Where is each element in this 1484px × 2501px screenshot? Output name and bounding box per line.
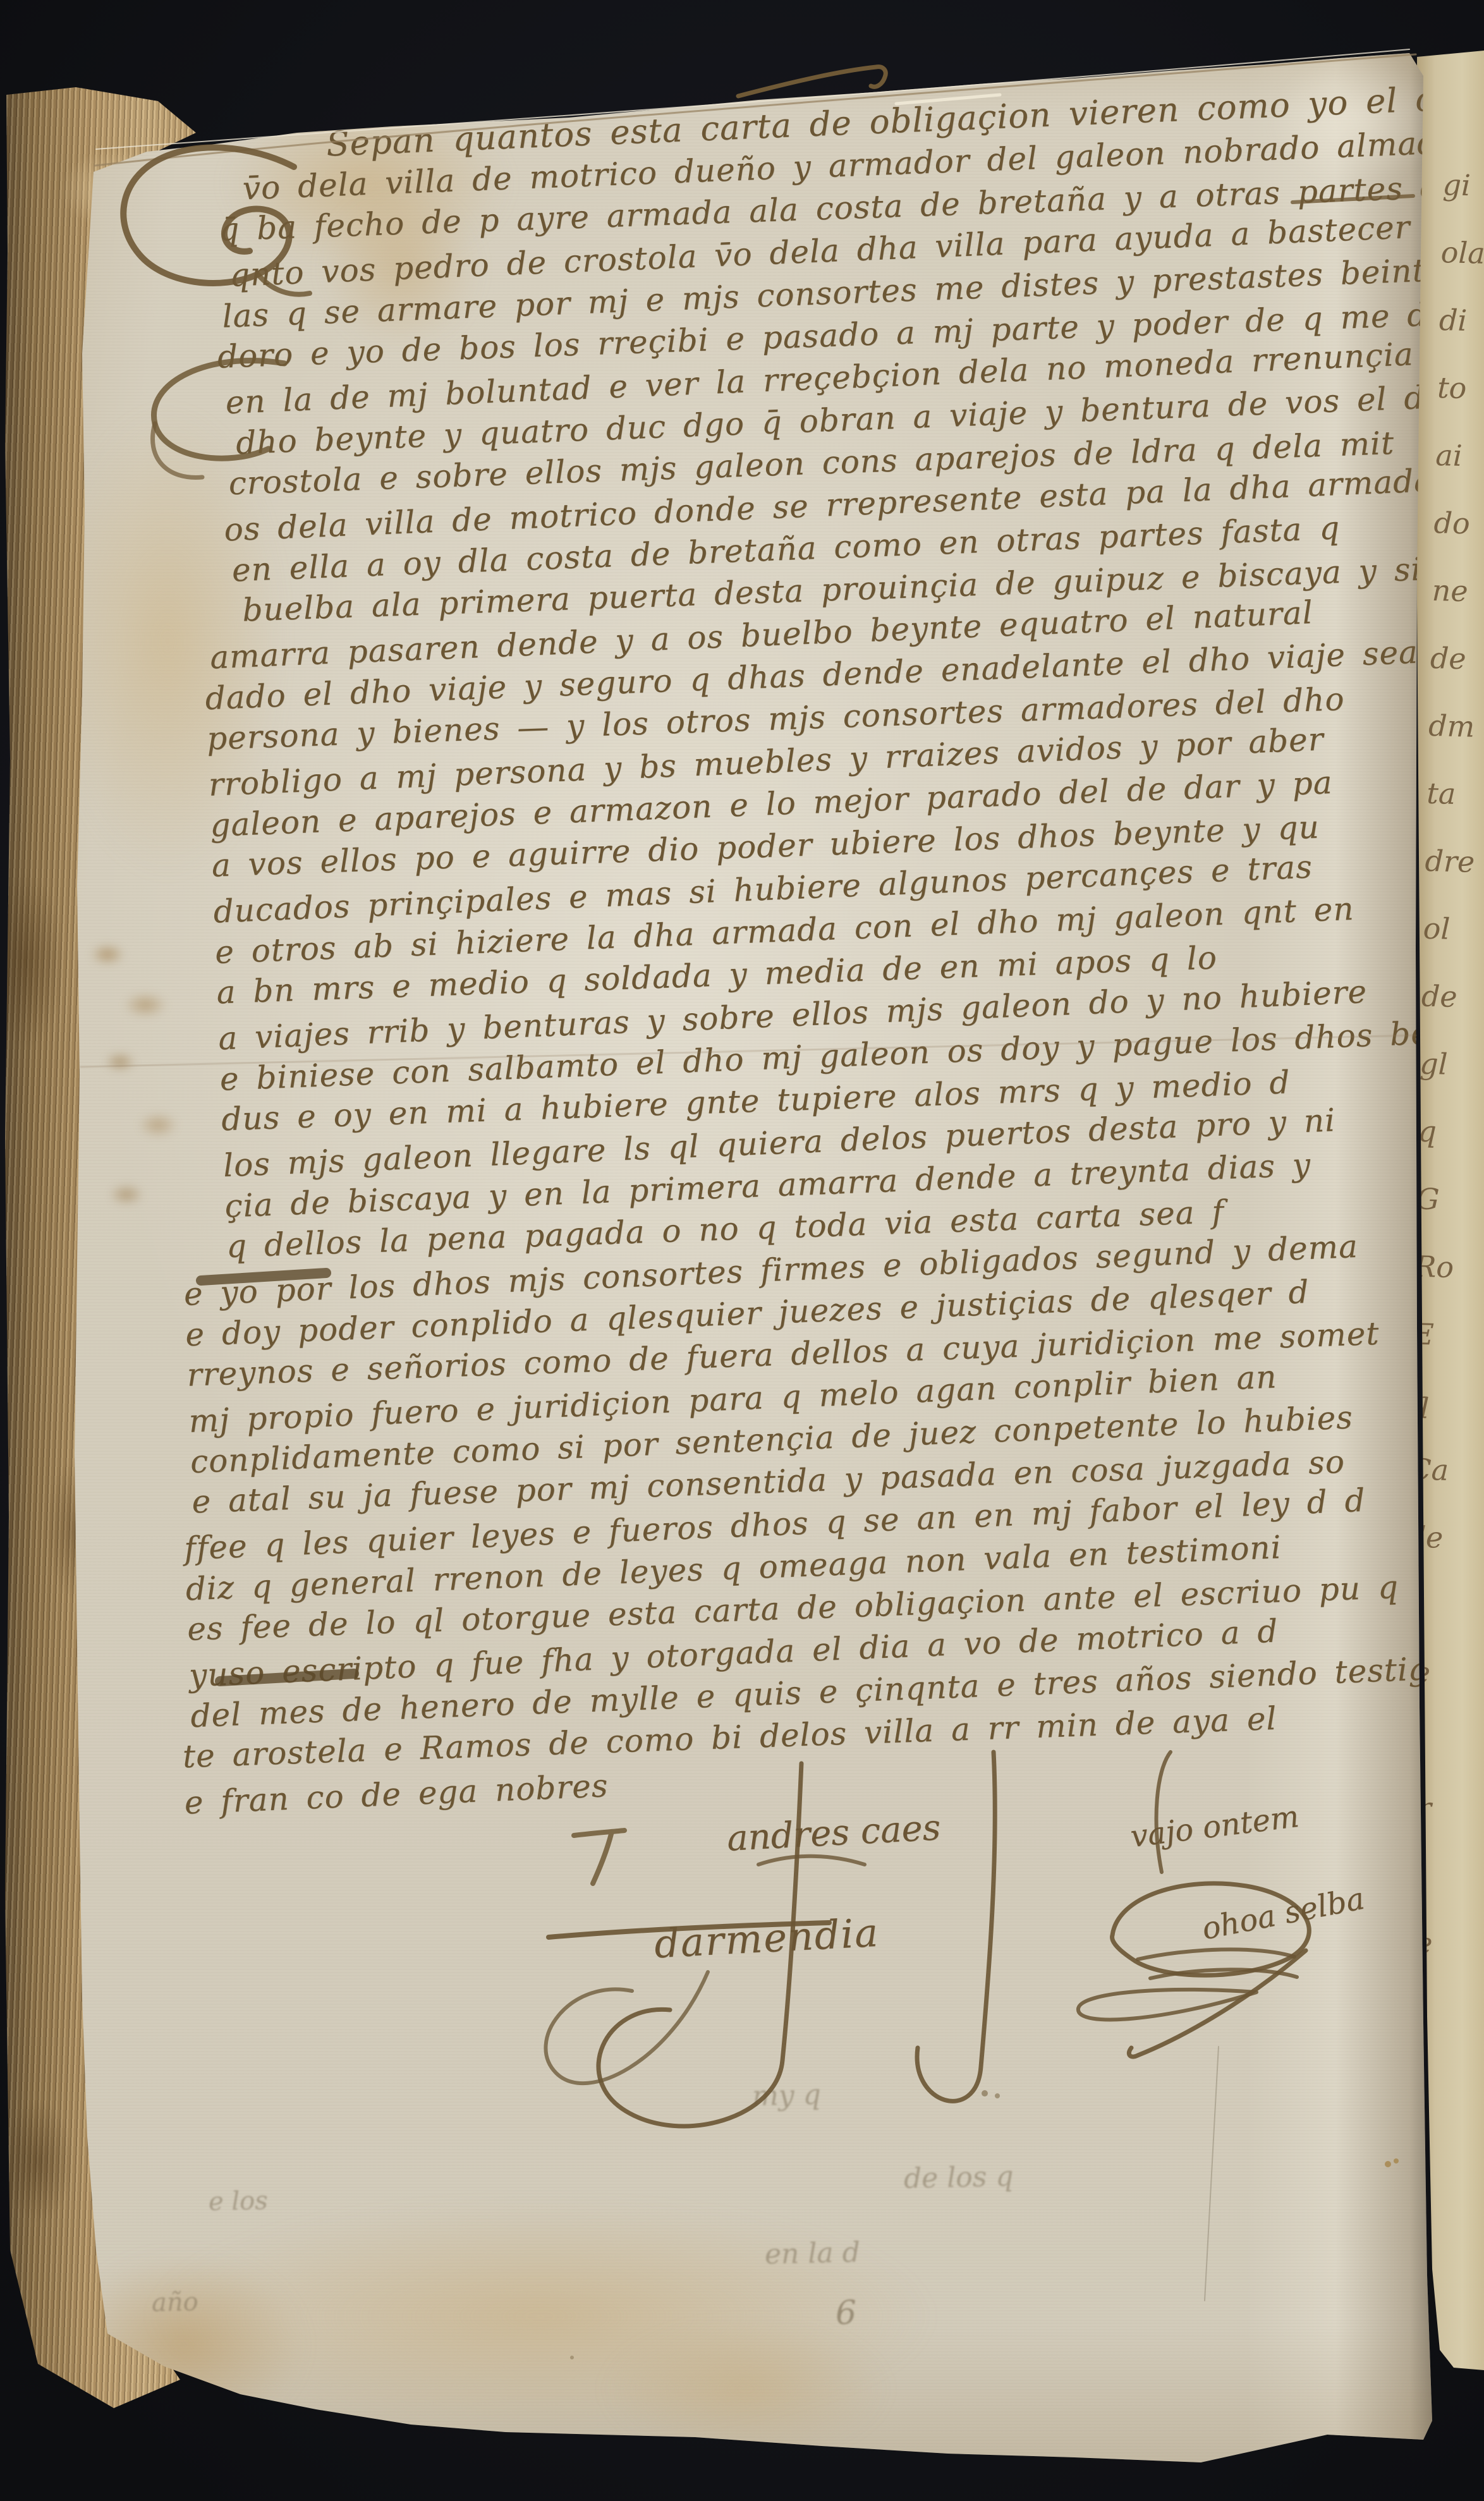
top-ink-mark [738, 67, 885, 96]
signature-right-name: vajo ontem [1129, 1799, 1301, 1854]
ghost-fragment: my q [751, 2079, 821, 2112]
ghost-fragment: de los q [903, 2160, 1014, 2195]
text-fragment: ai [1435, 422, 1484, 491]
manuscript-text-block: Sepan quantos esta carta de obligaçion v… [215, 80, 1484, 1819]
manuscript-page: Sepan quantos esta carta de obligaçion v… [0, 0, 1484, 2501]
text-fragment: di [1438, 286, 1484, 356]
text-fragment: de [1421, 963, 1484, 1032]
text-fragment: q [1410, 1368, 1481, 1437]
photo-background: gioladitoaidonededmtadreoldeglqGRoEqCade… [0, 0, 1484, 2501]
text-fragment: ta [1426, 760, 1484, 829]
paper-stain [70, 898, 228, 1251]
text-fragment: G [1415, 1165, 1484, 1235]
text-fragment: dm [1428, 692, 1484, 762]
text-fragment: to [1437, 354, 1484, 423]
text-fragment: dre [1424, 827, 1484, 897]
signature-left-name: andres caes [726, 1807, 942, 1859]
text-fragment: q [1417, 1098, 1484, 1167]
signature-right-surname: ohoa selba [1199, 1881, 1367, 1947]
signature-left-surname: darmendia [653, 1909, 880, 1968]
text-fragment: Ro [1413, 1233, 1484, 1303]
ghost-fragment: año [152, 2287, 199, 2318]
ghost-fragment: en la d [764, 2236, 860, 2270]
ghost-fragment: 6 [835, 2294, 856, 2333]
text-fragment: gl [1419, 1030, 1484, 1100]
text-fragment: Ca [1408, 1435, 1480, 1505]
paper-stain [569, 2307, 923, 2471]
text-fragment: ne [1431, 557, 1484, 626]
text-fragment: de [1430, 624, 1484, 694]
text-fragment: gi [1442, 151, 1484, 221]
text-fragment: do [1433, 489, 1484, 559]
text-fragment: ol [1422, 895, 1484, 964]
text-fragment: ola [1440, 219, 1484, 288]
text-fragment: E [1412, 1300, 1483, 1370]
ghost-fragment: e los [209, 2186, 269, 2217]
